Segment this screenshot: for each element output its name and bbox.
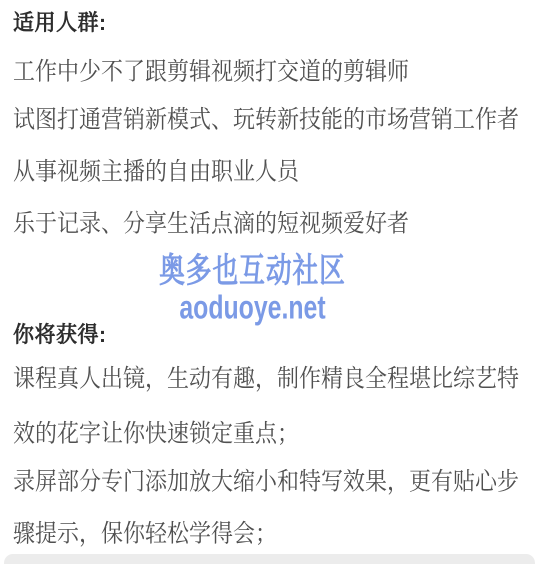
section-heading-audience: 适用人群: — [13, 10, 107, 37]
section-heading-benefits: 你将获得: — [13, 322, 107, 349]
audience-line: 乐于记录、分享生活点滴的短视频爱好者 — [13, 209, 409, 238]
watermark-site-name: 奥多也互动社区 — [20, 254, 485, 288]
audience-line: 从事视频主播的自由职业人员 — [13, 157, 299, 186]
partial-bottom-element — [4, 554, 535, 564]
audience-line: 工作中少不了跟剪辑视频打交道的剪辑师 — [13, 57, 409, 86]
benefit-line: 录屏部分专门添加放大缩小和特写效果，更有贴心步 — [13, 467, 519, 496]
benefit-line: 骤提示，保你轻松学得会； — [13, 519, 277, 548]
watermark-site-url: aoduoye.net — [20, 292, 485, 325]
site-watermark: 奥多也互动社区 aoduoye.net — [20, 254, 485, 325]
page: 适用人群: 工作中少不了跟剪辑视频打交道的剪辑师 试图打通营销新模式、玩转新技能… — [0, 0, 535, 564]
benefit-line: 效的花字让你快速锁定重点； — [13, 419, 299, 448]
benefit-line: 课程真人出镜，生动有趣，制作精良全程堪比综艺特 — [13, 364, 519, 393]
audience-line: 试图打通营销新模式、玩转新技能的市场营销工作者 — [13, 105, 519, 134]
